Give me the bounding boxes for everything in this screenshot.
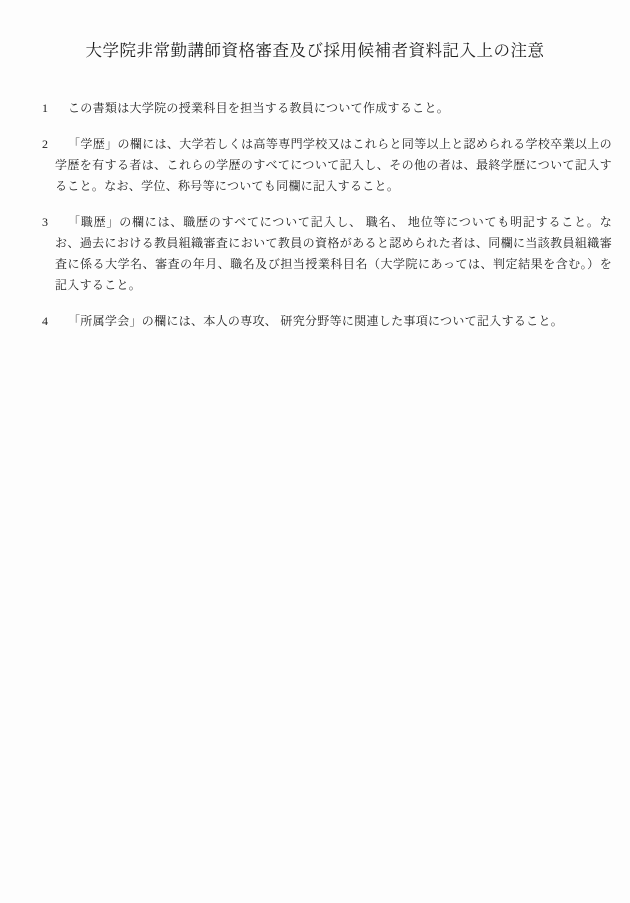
note-text: 「職歴」の欄には、職歴のすべてについて記入し、 職名、 地位等についても明記する… xyxy=(55,212,612,296)
note-item-4: 4 「所属学会」の欄には、本人の専攻、 研究分野等に関連した事項について記入する… xyxy=(0,311,630,332)
note-number: 3 xyxy=(42,212,48,233)
note-item-1: 1 この書類は大学院の授業科目を担当する教員について作成すること。 xyxy=(0,98,630,119)
document-title: 大学院非常勤講師資格審査及び採用候補者資料記入上の注意 xyxy=(0,0,630,62)
note-number: 1 xyxy=(42,98,48,119)
note-item-2: 2 「学歴」の欄には、大学若しくは高等専門学校又はこれらと同等以上と認められる学… xyxy=(0,134,630,197)
notes-list: 1 この書類は大学院の授業科目を担当する教員について作成すること。 2 「学歴」… xyxy=(0,98,630,332)
note-text: 「所属学会」の欄には、本人の専攻、 研究分野等に関連した事項について記入すること… xyxy=(55,311,612,332)
note-number: 4 xyxy=(42,311,48,332)
document-page: 大学院非常勤講師資格審査及び採用候補者資料記入上の注意 1 この書類は大学院の授… xyxy=(0,0,630,903)
note-text: この書類は大学院の授業科目を担当する教員について作成すること。 xyxy=(55,98,612,119)
note-text: 「学歴」の欄には、大学若しくは高等専門学校又はこれらと同等以上と認められる学校卒… xyxy=(55,134,612,197)
note-number: 2 xyxy=(42,134,48,155)
note-item-3: 3 「職歴」の欄には、職歴のすべてについて記入し、 職名、 地位等についても明記… xyxy=(0,212,630,296)
